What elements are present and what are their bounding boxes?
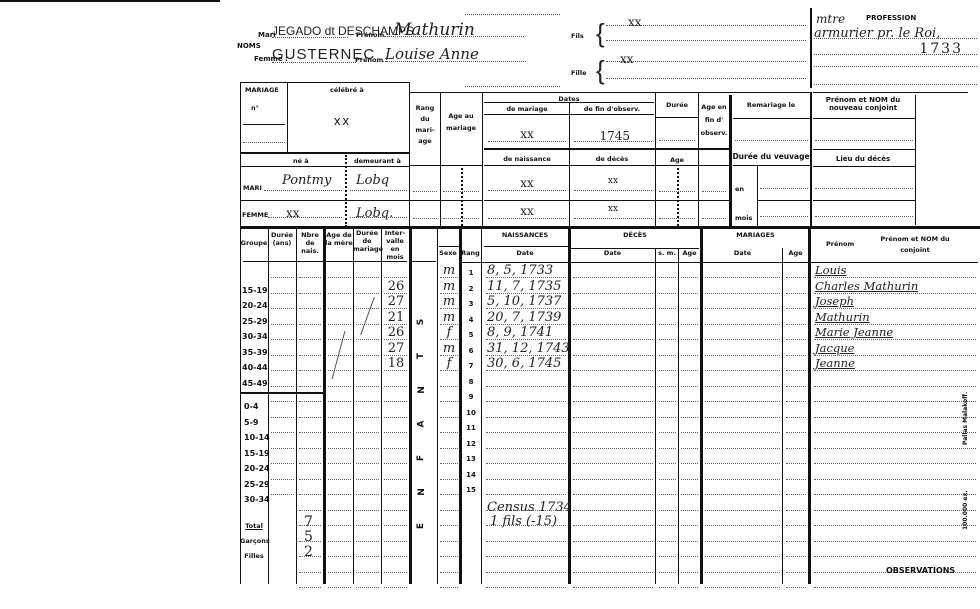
table-cell-dotted[interactable] [328,417,351,418]
table-cell-dotted[interactable] [356,277,379,278]
table-cell-dotted[interactable] [814,448,976,449]
table-cell-dotted[interactable] [659,510,676,511]
table-cell-dotted[interactable] [681,448,698,449]
table-cell-dotted[interactable] [814,463,976,464]
total-value[interactable]: 2 [304,544,313,560]
table-cell-dotted[interactable] [659,541,676,542]
table-cell-dotted[interactable] [573,479,653,480]
table-cell-dotted[interactable] [573,370,653,371]
table-cell-dotted[interactable] [440,386,458,387]
mari-nom-field[interactable]: JEGADO dt DESCHAMPS [272,22,348,38]
intervalle-value[interactable]: 26 [385,325,407,340]
naissance-date-value[interactable]: 5, 10, 1737 [487,294,561,309]
table-cell-dotted[interactable] [328,401,351,402]
table-cell-dotted[interactable] [814,556,976,557]
table-cell-dotted[interactable] [271,401,294,402]
table-cell-dotted[interactable] [299,432,321,433]
table-cell-dotted[interactable] [271,324,294,325]
sexe-value[interactable]: f [440,356,458,371]
table-cell-dotted[interactable] [356,494,379,495]
table-cell-dotted[interactable] [681,541,698,542]
table-cell-dotted[interactable] [573,417,653,418]
table-cell-dotted[interactable] [384,463,407,464]
sexe-value[interactable]: m [440,294,458,309]
table-cell-dotted[interactable] [681,587,698,588]
table-cell-dotted[interactable] [440,572,458,573]
table-cell-dotted[interactable] [328,556,351,557]
table-cell-dotted[interactable] [573,386,653,387]
table-cell-dotted[interactable] [705,587,780,588]
table-cell-dotted[interactable] [681,556,698,557]
table-cell-dotted[interactable] [705,355,780,356]
table-cell-dotted[interactable] [440,587,458,588]
table-cell-dotted[interactable] [659,293,676,294]
table-cell-dotted[interactable] [659,479,676,480]
table-cell-dotted[interactable] [786,541,806,542]
total-value[interactable]: 5 [304,529,313,545]
table-cell-dotted[interactable] [299,541,321,542]
table-cell-dotted[interactable] [299,494,321,495]
de-mariage-field[interactable]: xx [488,127,566,142]
table-cell-dotted[interactable] [299,339,321,340]
age-fin-mari-dotted[interactable] [702,191,726,192]
table-cell-dotted[interactable] [299,463,321,464]
table-cell-dotted[interactable] [573,541,653,542]
table-cell-dotted[interactable] [328,432,351,433]
total-value[interactable]: 7 [304,514,313,530]
table-cell-dotted[interactable] [705,293,780,294]
table-cell-dotted[interactable] [786,494,806,495]
table-cell-dotted[interactable] [299,277,321,278]
table-cell-dotted[interactable] [299,308,321,309]
sexe-value[interactable]: f [440,325,458,340]
table-cell-dotted[interactable] [573,494,653,495]
table-cell-dotted[interactable] [573,355,653,356]
lieu-deces-mari-dotted[interactable] [815,188,913,189]
table-cell-dotted[interactable] [328,386,351,387]
table-cell-dotted[interactable] [299,448,321,449]
table-cell-dotted[interactable] [681,277,698,278]
table-cell-dotted[interactable] [356,587,379,588]
prenom-value[interactable]: Marie Jeanne [815,325,893,339]
table-cell-dotted[interactable] [299,324,321,325]
table-cell-dotted[interactable] [299,572,321,573]
table-cell-dotted[interactable] [356,324,379,325]
table-cell-dotted[interactable] [440,494,458,495]
table-cell-dotted[interactable] [705,556,780,557]
table-cell-dotted[interactable] [328,463,351,464]
table-cell-dotted[interactable] [681,463,698,464]
table-cell-dotted[interactable] [786,401,806,402]
table-cell-dotted[interactable] [814,432,976,433]
table-cell-dotted[interactable] [328,339,351,340]
naissance-date-value[interactable]: 20, 7, 1739 [487,310,561,325]
table-cell-dotted[interactable] [705,525,780,526]
table-cell-dotted[interactable] [705,510,780,511]
table-cell-dotted[interactable] [328,277,351,278]
femme-demeurant-field[interactable]: Lobq. [350,204,407,218]
prenom-value[interactable]: Mathurin [815,310,870,324]
table-cell-dotted[interactable] [299,401,321,402]
table-cell-dotted[interactable] [384,525,407,526]
table-cell-dotted[interactable] [681,417,698,418]
table-cell-dotted[interactable] [486,479,566,480]
table-cell-dotted[interactable] [659,417,676,418]
table-cell-dotted[interactable] [384,510,407,511]
naissance-date-value[interactable]: 8, 5, 1733 [487,263,553,278]
sexe-value[interactable]: m [440,263,458,278]
prenom-value[interactable]: Jacque [815,341,854,355]
table-cell-dotted[interactable] [271,432,294,433]
femme-naissance-field[interactable]: xx [488,204,566,219]
table-cell-dotted[interactable] [384,479,407,480]
table-cell-dotted[interactable] [681,525,698,526]
table-cell-dotted[interactable] [659,494,676,495]
table-cell-dotted[interactable] [440,525,458,526]
table-cell-dotted[interactable] [786,324,806,325]
table-cell-dotted[interactable] [659,386,676,387]
table-cell-dotted[interactable] [299,587,321,588]
table-cell-dotted[interactable] [814,386,976,387]
table-cell-dotted[interactable] [328,355,351,356]
prenom-value[interactable]: Jeanne [815,356,855,370]
table-cell-dotted[interactable] [681,572,698,573]
table-cell-dotted[interactable] [440,463,458,464]
table-cell-dotted[interactable] [486,448,566,449]
femme-prenom-field[interactable]: Louise Anne [383,45,526,62]
table-cell-dotted[interactable] [786,293,806,294]
table-cell-dotted[interactable] [486,401,566,402]
table-cell-dotted[interactable] [681,432,698,433]
profession-line-2[interactable]: 1733 [814,40,977,55]
table-cell-dotted[interactable] [356,525,379,526]
table-cell-dotted[interactable] [356,308,379,309]
celebre-value[interactable]: xx [334,113,351,128]
table-cell-dotted[interactable] [486,556,566,557]
veuvage-femme-dotted[interactable] [760,216,808,217]
table-cell-dotted[interactable] [356,479,379,480]
table-cell-dotted[interactable] [705,401,780,402]
table-cell-dotted[interactable] [659,432,676,433]
table-cell-dotted[interactable] [659,370,676,371]
sexe-value[interactable]: m [440,341,458,356]
age-fin-femme-dotted[interactable] [702,218,726,219]
mari-demeurant-field[interactable]: Lobq [350,171,407,191]
table-cell-dotted[interactable] [271,355,294,356]
rang-mari-dotted[interactable] [413,191,437,192]
table-cell-dotted[interactable] [299,370,321,371]
table-cell-dotted[interactable] [356,572,379,573]
table-cell-dotted[interactable] [786,386,806,387]
table-cell-dotted[interactable] [271,293,294,294]
table-cell-dotted[interactable] [486,463,566,464]
table-cell-dotted[interactable] [786,339,806,340]
table-cell-dotted[interactable] [271,494,294,495]
table-cell-dotted[interactable] [356,417,379,418]
table-cell-dotted[interactable] [486,541,566,542]
table-cell-dotted[interactable] [328,324,351,325]
table-cell-dotted[interactable] [786,417,806,418]
table-cell-dotted[interactable] [356,370,379,371]
table-cell-dotted[interactable] [705,479,780,480]
table-cell-dotted[interactable] [486,587,566,588]
table-cell-dotted[interactable] [659,355,676,356]
table-cell-dotted[interactable] [328,293,351,294]
table-cell-dotted[interactable] [356,293,379,294]
table-cell-dotted[interactable] [328,510,351,511]
table-cell-dotted[interactable] [705,339,780,340]
veuvage-mari-dotted[interactable] [760,188,808,189]
table-cell-dotted[interactable] [573,401,653,402]
table-cell-dotted[interactable] [328,370,351,371]
table-cell-dotted[interactable] [299,417,321,418]
table-cell-dotted[interactable] [573,432,653,433]
table-cell-dotted[interactable] [786,479,806,480]
table-cell-dotted[interactable] [299,510,321,511]
table-cell-dotted[interactable] [384,556,407,557]
femme-nom-field[interactable]: GUSTERNEC [272,46,356,63]
femme-deces-field[interactable]: xx [574,204,652,219]
table-cell-dotted[interactable] [299,386,321,387]
mari-deces-field[interactable]: xx [574,176,652,191]
table-cell-dotted[interactable] [384,572,407,573]
naissance-date-value[interactable]: 30, 6, 1745 [487,356,561,371]
profession-line-3[interactable] [814,66,977,67]
table-cell-dotted[interactable] [814,479,976,480]
prenom-value[interactable]: Louis [815,263,847,277]
table-cell-dotted[interactable] [440,510,458,511]
table-cell-dotted[interactable] [440,432,458,433]
table-cell-dotted[interactable] [573,556,653,557]
table-cell-dotted[interactable] [328,587,351,588]
duree-dotted[interactable] [659,140,695,141]
table-cell-dotted[interactable] [573,339,653,340]
table-cell-dotted[interactable] [299,556,321,557]
table-cell-dotted[interactable] [573,277,653,278]
table-cell-dotted[interactable] [681,494,698,495]
table-cell-dotted[interactable] [384,417,407,418]
table-cell-dotted[interactable] [659,401,676,402]
table-cell-dotted[interactable] [328,479,351,480]
table-cell-dotted[interactable] [440,479,458,480]
table-cell-dotted[interactable] [384,401,407,402]
table-cell-dotted[interactable] [786,308,806,309]
table-cell-dotted[interactable] [786,556,806,557]
fils-field-2[interactable] [606,40,806,41]
table-cell-dotted[interactable] [681,386,698,387]
table-cell-dotted[interactable] [271,339,294,340]
table-cell-dotted[interactable] [681,370,698,371]
table-cell-dotted[interactable] [814,401,976,402]
age-mari-col-dotted[interactable] [659,191,695,192]
table-cell-dotted[interactable] [681,293,698,294]
table-cell-dotted[interactable] [814,370,976,371]
table-cell-dotted[interactable] [681,479,698,480]
table-cell-dotted[interactable] [786,370,806,371]
table-cell-dotted[interactable] [705,370,780,371]
table-cell-dotted[interactable] [705,386,780,387]
fille-field-2[interactable] [606,78,806,79]
table-cell-dotted[interactable] [786,355,806,356]
age-femme-col-dotted[interactable] [659,218,695,219]
table-cell-dotted[interactable] [486,432,566,433]
table-cell-dotted[interactable] [573,293,653,294]
table-cell-dotted[interactable] [659,308,676,309]
table-cell-dotted[interactable] [573,308,653,309]
table-cell-dotted[interactable] [681,324,698,325]
table-cell-dotted[interactable] [486,572,566,573]
mari-naissance-field[interactable]: xx [488,176,566,191]
naissance-date-value[interactable]: 8, 9, 1741 [487,325,553,340]
lieu-deces-femme-dotted[interactable] [815,216,913,217]
table-cell-dotted[interactable] [271,370,294,371]
table-cell-dotted[interactable] [814,541,976,542]
table-cell-dotted[interactable] [356,401,379,402]
table-cell-dotted[interactable] [384,587,407,588]
table-cell-dotted[interactable] [299,293,321,294]
table-cell-dotted[interactable] [786,448,806,449]
table-cell-dotted[interactable] [299,355,321,356]
table-cell-dotted[interactable] [573,463,653,464]
table-cell-dotted[interactable] [440,541,458,542]
table-cell-dotted[interactable] [271,448,294,449]
table-cell-dotted[interactable] [328,448,351,449]
table-cell-dotted[interactable] [681,339,698,340]
table-cell-dotted[interactable] [659,463,676,464]
table-cell-dotted[interactable] [659,525,676,526]
table-cell-dotted[interactable] [299,479,321,480]
sexe-value[interactable]: m [440,279,458,294]
table-cell-dotted[interactable] [356,386,379,387]
table-cell-dotted[interactable] [356,339,379,340]
table-cell-dotted[interactable] [681,510,698,511]
table-cell-dotted[interactable] [659,572,676,573]
table-cell-dotted[interactable] [573,572,653,573]
remariage-dotted[interactable] [735,140,808,141]
table-cell-dotted[interactable] [328,525,351,526]
table-cell-dotted[interactable] [786,463,806,464]
conjoint-dotted[interactable] [815,140,913,141]
table-cell-dotted[interactable] [486,417,566,418]
table-cell-dotted[interactable] [705,541,780,542]
table-cell-dotted[interactable] [384,386,407,387]
table-cell-dotted[interactable] [384,494,407,495]
table-cell-dotted[interactable] [384,541,407,542]
intervalle-value[interactable]: 26 [385,279,407,294]
table-cell-dotted[interactable] [440,401,458,402]
rang-femme-dotted[interactable] [413,218,437,219]
table-cell-dotted[interactable] [814,417,976,418]
table-cell-dotted[interactable] [440,448,458,449]
prenom-value[interactable]: Charles Mathurin [815,279,918,293]
table-cell-dotted[interactable] [681,308,698,309]
table-cell-dotted[interactable] [786,432,806,433]
table-cell-dotted[interactable] [573,510,653,511]
table-cell-dotted[interactable] [705,572,780,573]
table-cell-dotted[interactable] [440,556,458,557]
profession-line-1[interactable]: armurier pr. le Roi, [814,24,977,39]
sexe-value[interactable]: m [440,310,458,325]
profession-line-4[interactable] [814,84,977,85]
table-cell-dotted[interactable] [356,510,379,511]
table-cell-dotted[interactable] [705,324,780,325]
table-cell-dotted[interactable] [786,587,806,588]
table-cell-dotted[interactable] [705,463,780,464]
intervalle-value[interactable]: 21 [385,310,407,325]
table-cell-dotted[interactable] [705,277,780,278]
table-cell-dotted[interactable] [659,556,676,557]
table-cell-dotted[interactable] [786,277,806,278]
table-cell-dotted[interactable] [271,463,294,464]
table-cell-dotted[interactable] [356,448,379,449]
table-cell-dotted[interactable] [705,417,780,418]
table-cell-dotted[interactable] [659,324,676,325]
table-cell-dotted[interactable] [328,494,351,495]
table-cell-dotted[interactable] [271,277,294,278]
table-cell-dotted[interactable] [271,308,294,309]
table-cell-dotted[interactable] [573,525,653,526]
de-fin-field[interactable]: 1745 [574,127,652,142]
fille-field[interactable]: xx [606,50,806,62]
table-cell-dotted[interactable] [573,587,653,588]
table-cell-dotted[interactable] [299,525,321,526]
table-cell-dotted[interactable] [328,308,351,309]
table-cell-dotted[interactable] [814,510,976,511]
table-cell-dotted[interactable] [271,386,294,387]
intervalle-value[interactable]: 18 [385,356,407,371]
table-cell-dotted[interactable] [328,541,351,542]
table-cell-dotted[interactable] [356,432,379,433]
table-cell-dotted[interactable] [356,355,379,356]
naissance-date-value[interactable]: 31, 12, 1743 [487,341,570,356]
table-cell-dotted[interactable] [486,494,566,495]
table-cell-dotted[interactable] [356,556,379,557]
fils-field[interactable]: xx [606,13,806,26]
table-cell-dotted[interactable] [486,386,566,387]
table-cell-dotted[interactable] [659,587,676,588]
table-cell-dotted[interactable] [271,417,294,418]
table-cell-dotted[interactable] [786,510,806,511]
table-cell-dotted[interactable] [705,448,780,449]
mari-ne-field[interactable]: Pontmy [264,171,342,191]
prenom-value[interactable]: Joseph [815,294,854,308]
table-cell-dotted[interactable] [356,541,379,542]
mariage-no-dotted[interactable] [243,142,285,143]
table-cell-dotted[interactable] [705,494,780,495]
table-cell-dotted[interactable] [814,587,976,588]
table-cell-dotted[interactable] [384,448,407,449]
table-cell-dotted[interactable] [814,494,976,495]
table-cell-dotted[interactable] [573,448,653,449]
intervalle-value[interactable]: 27 [385,294,407,309]
table-cell-dotted[interactable] [659,277,676,278]
femme-ne-field[interactable]: xx [268,204,342,218]
table-cell-dotted[interactable] [328,572,351,573]
table-cell-dotted[interactable] [356,463,379,464]
table-cell-dotted[interactable] [659,448,676,449]
table-cell-dotted[interactable] [681,401,698,402]
table-cell-dotted[interactable] [659,339,676,340]
table-cell-dotted[interactable] [440,417,458,418]
intervalle-value[interactable]: 27 [385,341,407,356]
table-cell-dotted[interactable] [573,324,653,325]
mari-prenom-field[interactable]: Mathurin [384,20,524,37]
table-cell-dotted[interactable] [705,432,780,433]
table-cell-dotted[interactable] [705,308,780,309]
table-cell-dotted[interactable] [786,525,806,526]
table-cell-dotted[interactable] [681,355,698,356]
table-cell-dotted[interactable] [814,525,976,526]
